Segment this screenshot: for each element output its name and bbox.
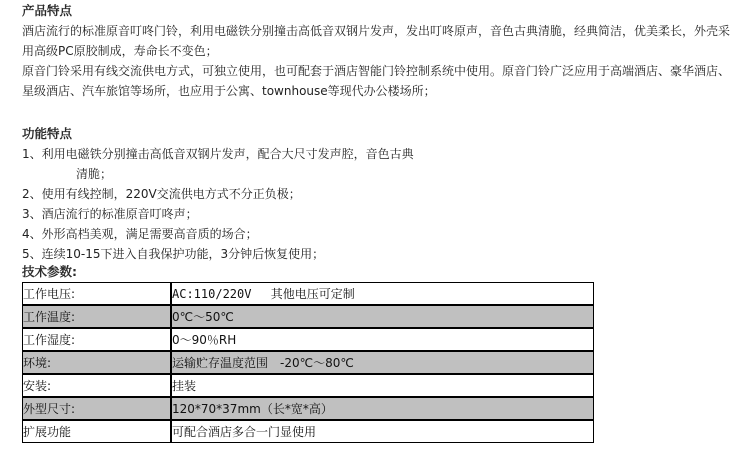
function-features-heading: 功能特点 — [22, 124, 414, 144]
param-value: 0～90％RH — [171, 328, 594, 351]
table-row: 环境: 运输贮存温度范围 -20℃～80℃ — [23, 351, 594, 374]
product-features-line: 用高级PC原胶制成，寿命长不变色； — [22, 41, 730, 61]
table-row: 安装: 挂装 — [23, 374, 594, 397]
function-feature-item: 3、酒店流行的标准原音叮咚声； — [22, 204, 414, 224]
function-feature-item: 1、利用电磁铁分别撞击高低音双钢片发声，配合大尺寸发声腔，音色古典 — [22, 144, 414, 164]
product-features-heading: 产品特点 — [22, 1, 730, 21]
param-label: 工作电压: — [23, 283, 172, 306]
tech-params-section: 技术参数: — [22, 262, 77, 282]
product-features-line: 星级酒店、汽车旅馆等场所，也应用于公寓、townhouse等现代办公楼场所； — [22, 81, 730, 101]
param-label: 环境: — [23, 351, 172, 374]
param-label: 外型尺寸: — [23, 397, 172, 420]
product-features-line: 酒店流行的标准原音叮咚门铃，利用电磁铁分别撞击高低音双钢片发声，发出叮咚原声，音… — [22, 21, 730, 41]
table-row: 工作温度: 0℃～50℃ — [23, 305, 594, 328]
param-label: 工作湿度: — [23, 328, 172, 351]
table-row: 扩展功能 可配合酒店多合一门显使用 — [23, 420, 594, 443]
product-features-section: 产品特点 酒店流行的标准原音叮咚门铃，利用电磁铁分别撞击高低音双钢片发声，发出叮… — [22, 1, 730, 101]
param-value: 120*70*37mm（长*宽*高） — [171, 397, 594, 420]
param-label: 工作温度: — [23, 305, 172, 328]
param-value: AC:110/220V 其他电压可定制 — [171, 283, 594, 306]
function-feature-item: 2、使用有线控制，220V交流供电方式不分正负极； — [22, 184, 414, 204]
param-value: 运输贮存温度范围 -20℃～80℃ — [171, 351, 594, 374]
param-value: 0℃～50℃ — [171, 305, 594, 328]
tech-params-table: 工作电压: AC:110/220V 其他电压可定制 工作温度: 0℃～50℃ 工… — [22, 282, 594, 443]
param-value: 可配合酒店多合一门显使用 — [171, 420, 594, 443]
table-row: 工作湿度: 0～90％RH — [23, 328, 594, 351]
function-feature-item-continuation: 清脆； — [22, 164, 414, 184]
tech-params-heading: 技术参数: — [22, 262, 77, 282]
param-label: 扩展功能 — [23, 420, 172, 443]
table-row: 工作电压: AC:110/220V 其他电压可定制 — [23, 283, 594, 306]
table-row: 外型尺寸: 120*70*37mm（长*宽*高） — [23, 397, 594, 420]
function-feature-item: 5、连续10-15下进入自我保护功能，3分钟后恢复使用； — [22, 244, 414, 264]
param-label: 安装: — [23, 374, 172, 397]
product-features-line: 原音门铃采用有线交流供电方式，可独立使用，也可配套于酒店智能门铃控制系统中使用。… — [22, 61, 730, 81]
function-features-section: 功能特点 1、利用电磁铁分别撞击高低音双钢片发声，配合大尺寸发声腔，音色古典 清… — [22, 124, 414, 264]
function-feature-item: 4、外形高档美观，满足需要高音质的场合； — [22, 224, 414, 244]
param-value: 挂装 — [171, 374, 594, 397]
